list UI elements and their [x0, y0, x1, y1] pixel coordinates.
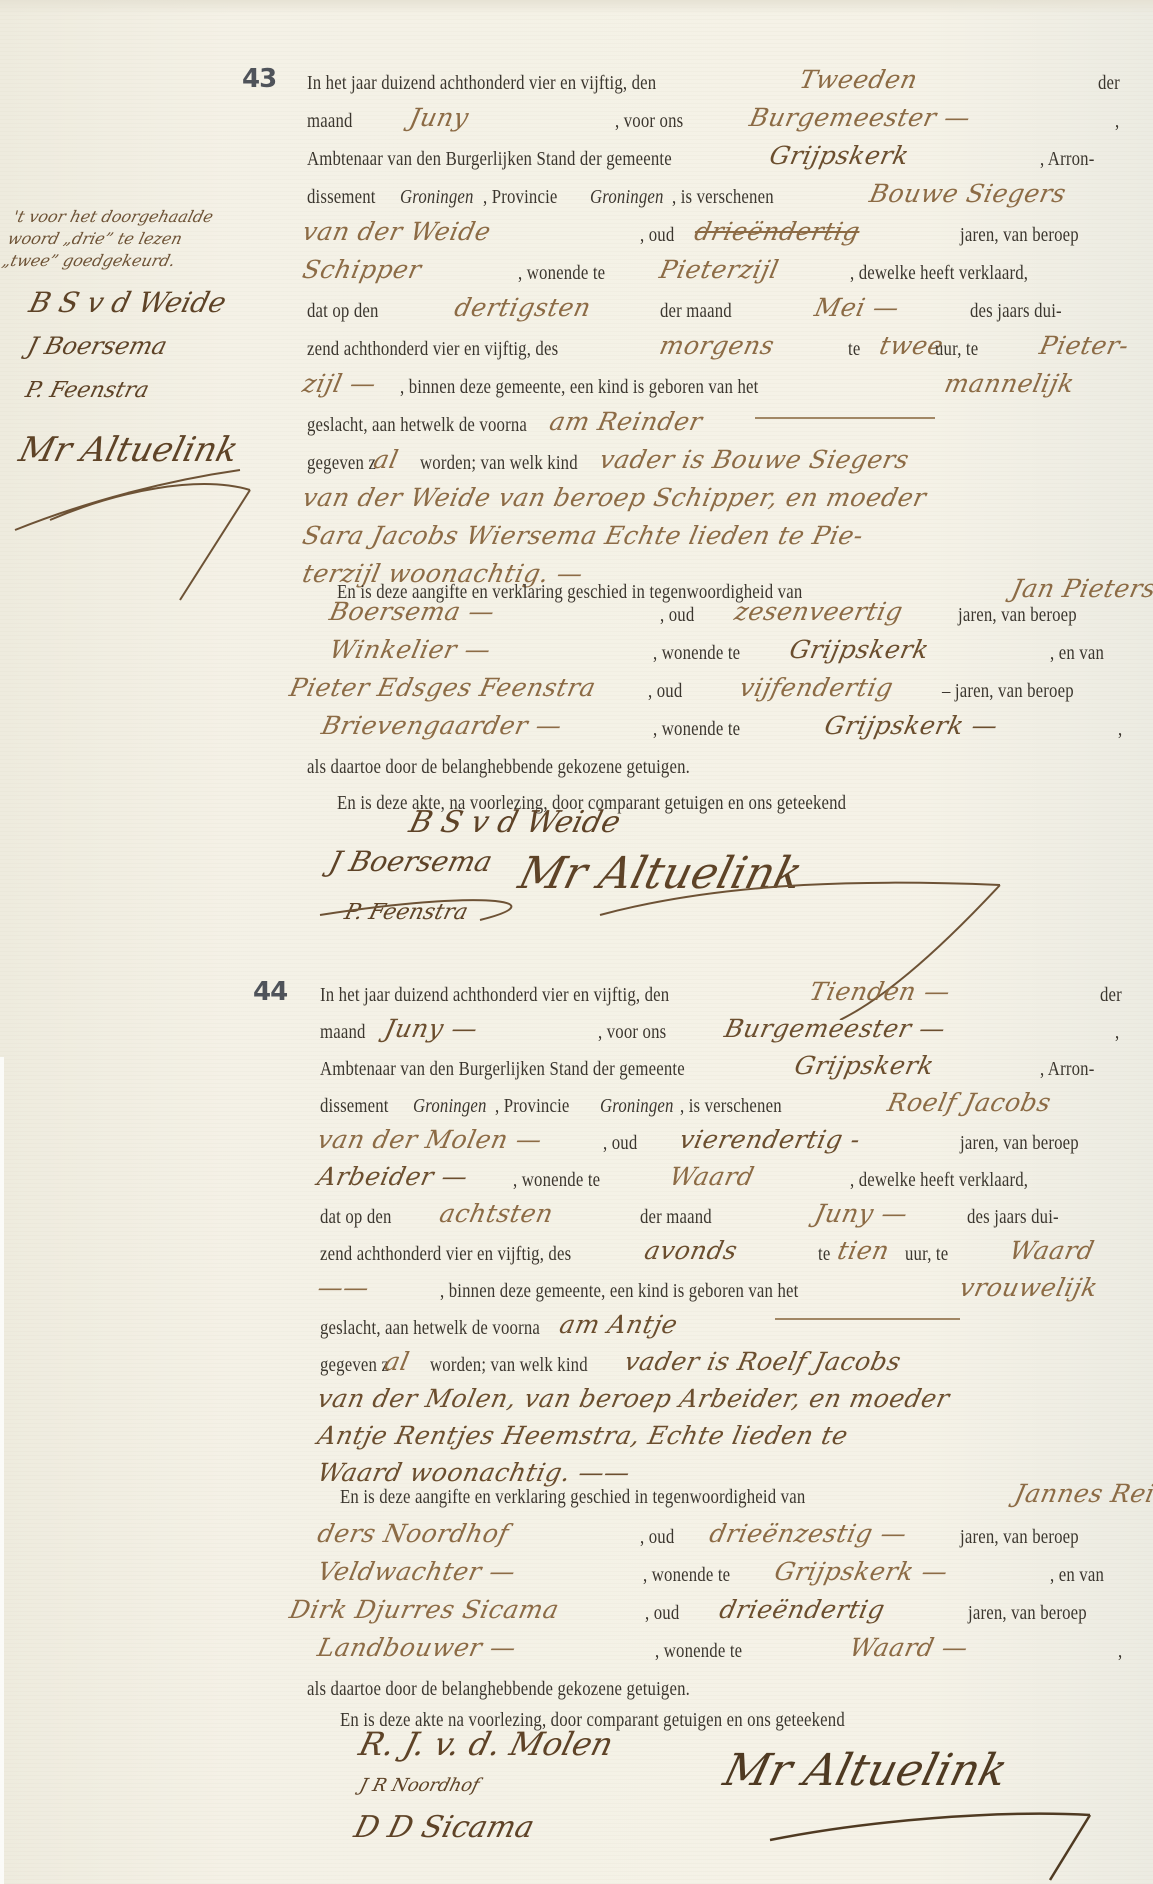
printed-text: , Provincie [483, 180, 558, 216]
note-line: woord „drie” te lezen [5, 228, 210, 250]
signature-flourish-icon [10, 460, 260, 610]
printed-text: uur, te [905, 1237, 948, 1273]
handwritten-declarant: Bouwe Siegers [866, 176, 1069, 212]
handwritten-parents: van der Weide van beroep Schipper, en mo… [299, 480, 930, 516]
printed-text: gegeven z [320, 1348, 389, 1384]
handwritten-declarant: Roelf Jacobs [884, 1085, 1054, 1121]
handwritten-residence: Waard [666, 1159, 757, 1195]
handwritten-residence: Grijpskerk — [821, 708, 1001, 744]
printed-text: , Provincie [495, 1089, 570, 1125]
printed-text: des jaars dui- [967, 1200, 1059, 1236]
handwritten-witness-2: Pieter Edsges Feenstra [286, 670, 599, 706]
printed-text: jaren, van beroep [968, 1596, 1087, 1632]
printed-text: , oud [640, 1520, 674, 1556]
printed-text: gegeven z [307, 446, 376, 482]
handwritten-residence: Pieterzijl [656, 252, 782, 288]
handwritten-birth-month: Mei — [811, 290, 902, 326]
printed-text: , is verschenen [680, 1089, 782, 1125]
signature: J R Noordhof [357, 1775, 481, 1796]
printed-text: , binnen deze gemeente, een kind is gebo… [400, 370, 758, 406]
fill-line [775, 1318, 960, 1320]
handwritten-birth-day: dertigsten [451, 290, 594, 326]
handwritten-municipality: Grijpskerk [766, 138, 912, 174]
printed-text: maand [320, 1015, 366, 1051]
handwritten-witness-1: ders Noordhof [314, 1516, 512, 1552]
printed-text: , [1115, 104, 1119, 140]
margin-signature: B S v d Weide [26, 286, 230, 319]
signature: Mr Altuelink [719, 1745, 1013, 1796]
printed-text: worden; van welk kind [430, 1348, 588, 1384]
printed-text: , oud [645, 1596, 679, 1632]
handwritten-time-of-day: morgens [656, 328, 778, 364]
printed-text: , is verschenen [672, 180, 774, 216]
handwritten-residence: Waard — [846, 1630, 971, 1666]
handwritten-fill: —— [314, 1270, 373, 1306]
handwritten-age: vierendertig - [676, 1122, 864, 1158]
printed-text: , voor ons [615, 104, 683, 140]
margin-correction-note: 't voor het doorgehaalde woord „drie” te… [0, 206, 216, 272]
printed-text: des jaars dui- [970, 294, 1062, 330]
printed-text: , en van [1050, 1558, 1104, 1594]
handwritten-parents: van der Molen, van beroep Arbeider, en m… [314, 1381, 953, 1417]
signature: D D Sicama [351, 1810, 538, 1845]
handwritten-residence: Grijpskerk — [771, 1554, 951, 1590]
printed-text: , wonende te [653, 636, 740, 672]
printed-text: worden; van welk kind [420, 446, 578, 482]
printed-text: geslacht, aan hetwelk de voorna [320, 1311, 540, 1347]
printed-text: , [1118, 712, 1122, 748]
printed-text: dissement [307, 180, 376, 216]
printed-text: In het jaar duizend achthonderd vier en … [307, 66, 656, 102]
handwritten-time-of-day: avonds [641, 1233, 741, 1269]
printed-text: , en van [1050, 636, 1104, 672]
handwritten-day: Tienden — [806, 974, 954, 1010]
handwritten-witness-2: Dirk Djurres Sicama [286, 1592, 562, 1628]
printed-text: der [1098, 66, 1120, 102]
printed-text: , voor ons [598, 1015, 666, 1051]
handwritten-age: drieëndertig [691, 214, 863, 250]
printed-text: der [1100, 978, 1122, 1014]
printed-text: dat op den [307, 294, 379, 330]
printed-text: – jaren, van beroep [942, 674, 1074, 710]
printed-text: , oud [603, 1126, 637, 1162]
handwritten-official: Burgemeester — [721, 1011, 949, 1047]
handwritten-official: Burgemeester — [746, 100, 974, 136]
printed-text: , dewelke heeft verklaard, [850, 1163, 1028, 1199]
signature: R. J. v. d. Molen [355, 1725, 617, 1763]
handwritten-child-name: am Antje [556, 1307, 681, 1343]
handwritten-parents: Antje Rentjes Heemstra, Echte lieden te [314, 1418, 851, 1454]
handwritten-municipality: Grijpskerk [791, 1048, 937, 1084]
fill-line [755, 417, 935, 419]
handwritten-hour: tien [834, 1233, 893, 1269]
printed-text: der maand [640, 1200, 712, 1236]
handwritten-parents: vader is Roelf Jacobs [621, 1344, 904, 1380]
printed-text: als daartoe door de belanghebbende gekoz… [307, 750, 690, 786]
printed-text: , Arron- [1040, 142, 1094, 178]
handwritten-surname: van der Molen — [314, 1122, 545, 1158]
handwritten-age: vijfendertig [736, 670, 896, 706]
handwritten-age: zesenveertig [731, 594, 906, 630]
printed-italic: Groningen [590, 187, 664, 208]
handwritten-birth-day: achtsten [436, 1196, 556, 1232]
printed-italic: Groningen [600, 1096, 674, 1117]
handwritten-birth-month: Juny — [811, 1196, 911, 1232]
handwritten-day: Tweeden [796, 62, 921, 98]
handwritten-child-name: am Reinder [546, 404, 706, 440]
record-number: 44 [253, 977, 287, 1007]
handwritten-sex: mannelijk [941, 366, 1078, 402]
printed-text: uur, te [935, 332, 978, 368]
handwritten-birth-place: zijl — [299, 366, 380, 402]
handwritten-sex: vrouwelijk [956, 1270, 1101, 1306]
printed-text: der maand [660, 294, 732, 330]
margin-signature: P. Feenstra [23, 378, 152, 403]
printed-text: te [818, 1237, 830, 1273]
scan-edge [0, 1057, 4, 1884]
printed-text: , Arron- [1040, 1052, 1094, 1088]
printed-text: geslacht, aan hetwelk de voorna [307, 408, 527, 444]
printed-text: Ambtenaar van den Burgerlijken Stand der… [307, 142, 672, 178]
signature: B S v d Weide [406, 805, 624, 840]
printed-text: jaren, van beroep [960, 1520, 1079, 1556]
handwritten-residence: Grijpskerk [786, 632, 932, 668]
handwritten-month: Juny [406, 100, 472, 136]
printed-text: zend achthonderd vier en vijftig, des [307, 332, 558, 368]
printed-text: , oud [648, 674, 682, 710]
printed-text: jaren, van beroep [960, 218, 1079, 254]
handwritten-occupation: Landbouwer — [314, 1630, 520, 1666]
record-number: 43 [242, 64, 276, 94]
note-line: „twee” goedgekeurd. [0, 250, 205, 272]
printed-text: , dewelke heeft verklaard, [850, 256, 1028, 292]
printed-text: , wonende te [653, 712, 740, 748]
printed-text: jaren, van beroep [960, 1126, 1079, 1162]
printed-text: zend achthonderd vier en vijftig, des [320, 1237, 571, 1273]
note-line: 't voor het doorgehaalde [11, 206, 216, 228]
printed-text: Ambtenaar van den Burgerlijken Stand der… [320, 1052, 685, 1088]
handwritten-occupation: Brievengaarder — [318, 708, 565, 744]
printed-text: , wonende te [513, 1163, 600, 1199]
handwritten-age: drieëndertig [716, 1592, 888, 1628]
handwritten-birth-place: Pieter- [1036, 328, 1132, 364]
printed-text: In het jaar duizend achthonderd vier en … [320, 978, 669, 1014]
printed-text: , wonende te [518, 256, 605, 292]
handwritten-birth-place: Waard [1006, 1233, 1097, 1269]
printed-text: , oud [640, 218, 674, 254]
handwritten-witness-1: Jannes Rein- [1011, 1476, 1153, 1512]
printed-text: , wonende te [655, 1634, 742, 1670]
handwritten-parents: vader is Bouwe Siegers [596, 442, 912, 478]
page-top-shadow [0, 0, 1153, 14]
printed-text: , oud [660, 598, 694, 634]
printed-text: , [1115, 1015, 1119, 1051]
handwritten-month: Juny — [381, 1011, 481, 1047]
signature-flourish-icon [750, 1800, 1150, 1884]
handwritten-occupation: Arbeider — [314, 1159, 471, 1195]
printed-text: maand [307, 104, 353, 140]
register-page: 43 In het jaar duizend achthonderd vier … [0, 0, 1153, 1884]
handwritten-surname: van der Weide [299, 214, 494, 250]
handwritten-witness-1: Boersema — [326, 594, 498, 630]
printed-italic: Groningen [400, 187, 474, 208]
printed-text: dat op den [320, 1200, 392, 1236]
handwritten-occupation: Schipper [299, 252, 425, 288]
printed-text: , binnen deze gemeente, een kind is gebo… [440, 1274, 798, 1310]
printed-text: dissement [320, 1089, 389, 1125]
printed-text: , wonende te [643, 1558, 730, 1594]
handwritten-parents: Sara Jacobs Wiersema Echte lieden te Pie… [299, 518, 867, 554]
handwritten-age: drieënzestig — [706, 1516, 910, 1552]
handwritten-occupation: Veldwachter — [314, 1554, 519, 1590]
printed-text: jaren, van beroep [958, 598, 1077, 634]
printed-italic: Groningen [413, 1096, 487, 1117]
printed-text: , [1118, 1634, 1122, 1670]
printed-text: te [848, 332, 860, 368]
printed-text: En is deze aangifte en verklaring geschi… [340, 1480, 805, 1516]
margin-signature: J Boersema [25, 332, 171, 360]
handwritten-occupation: Winkelier — [326, 632, 494, 668]
